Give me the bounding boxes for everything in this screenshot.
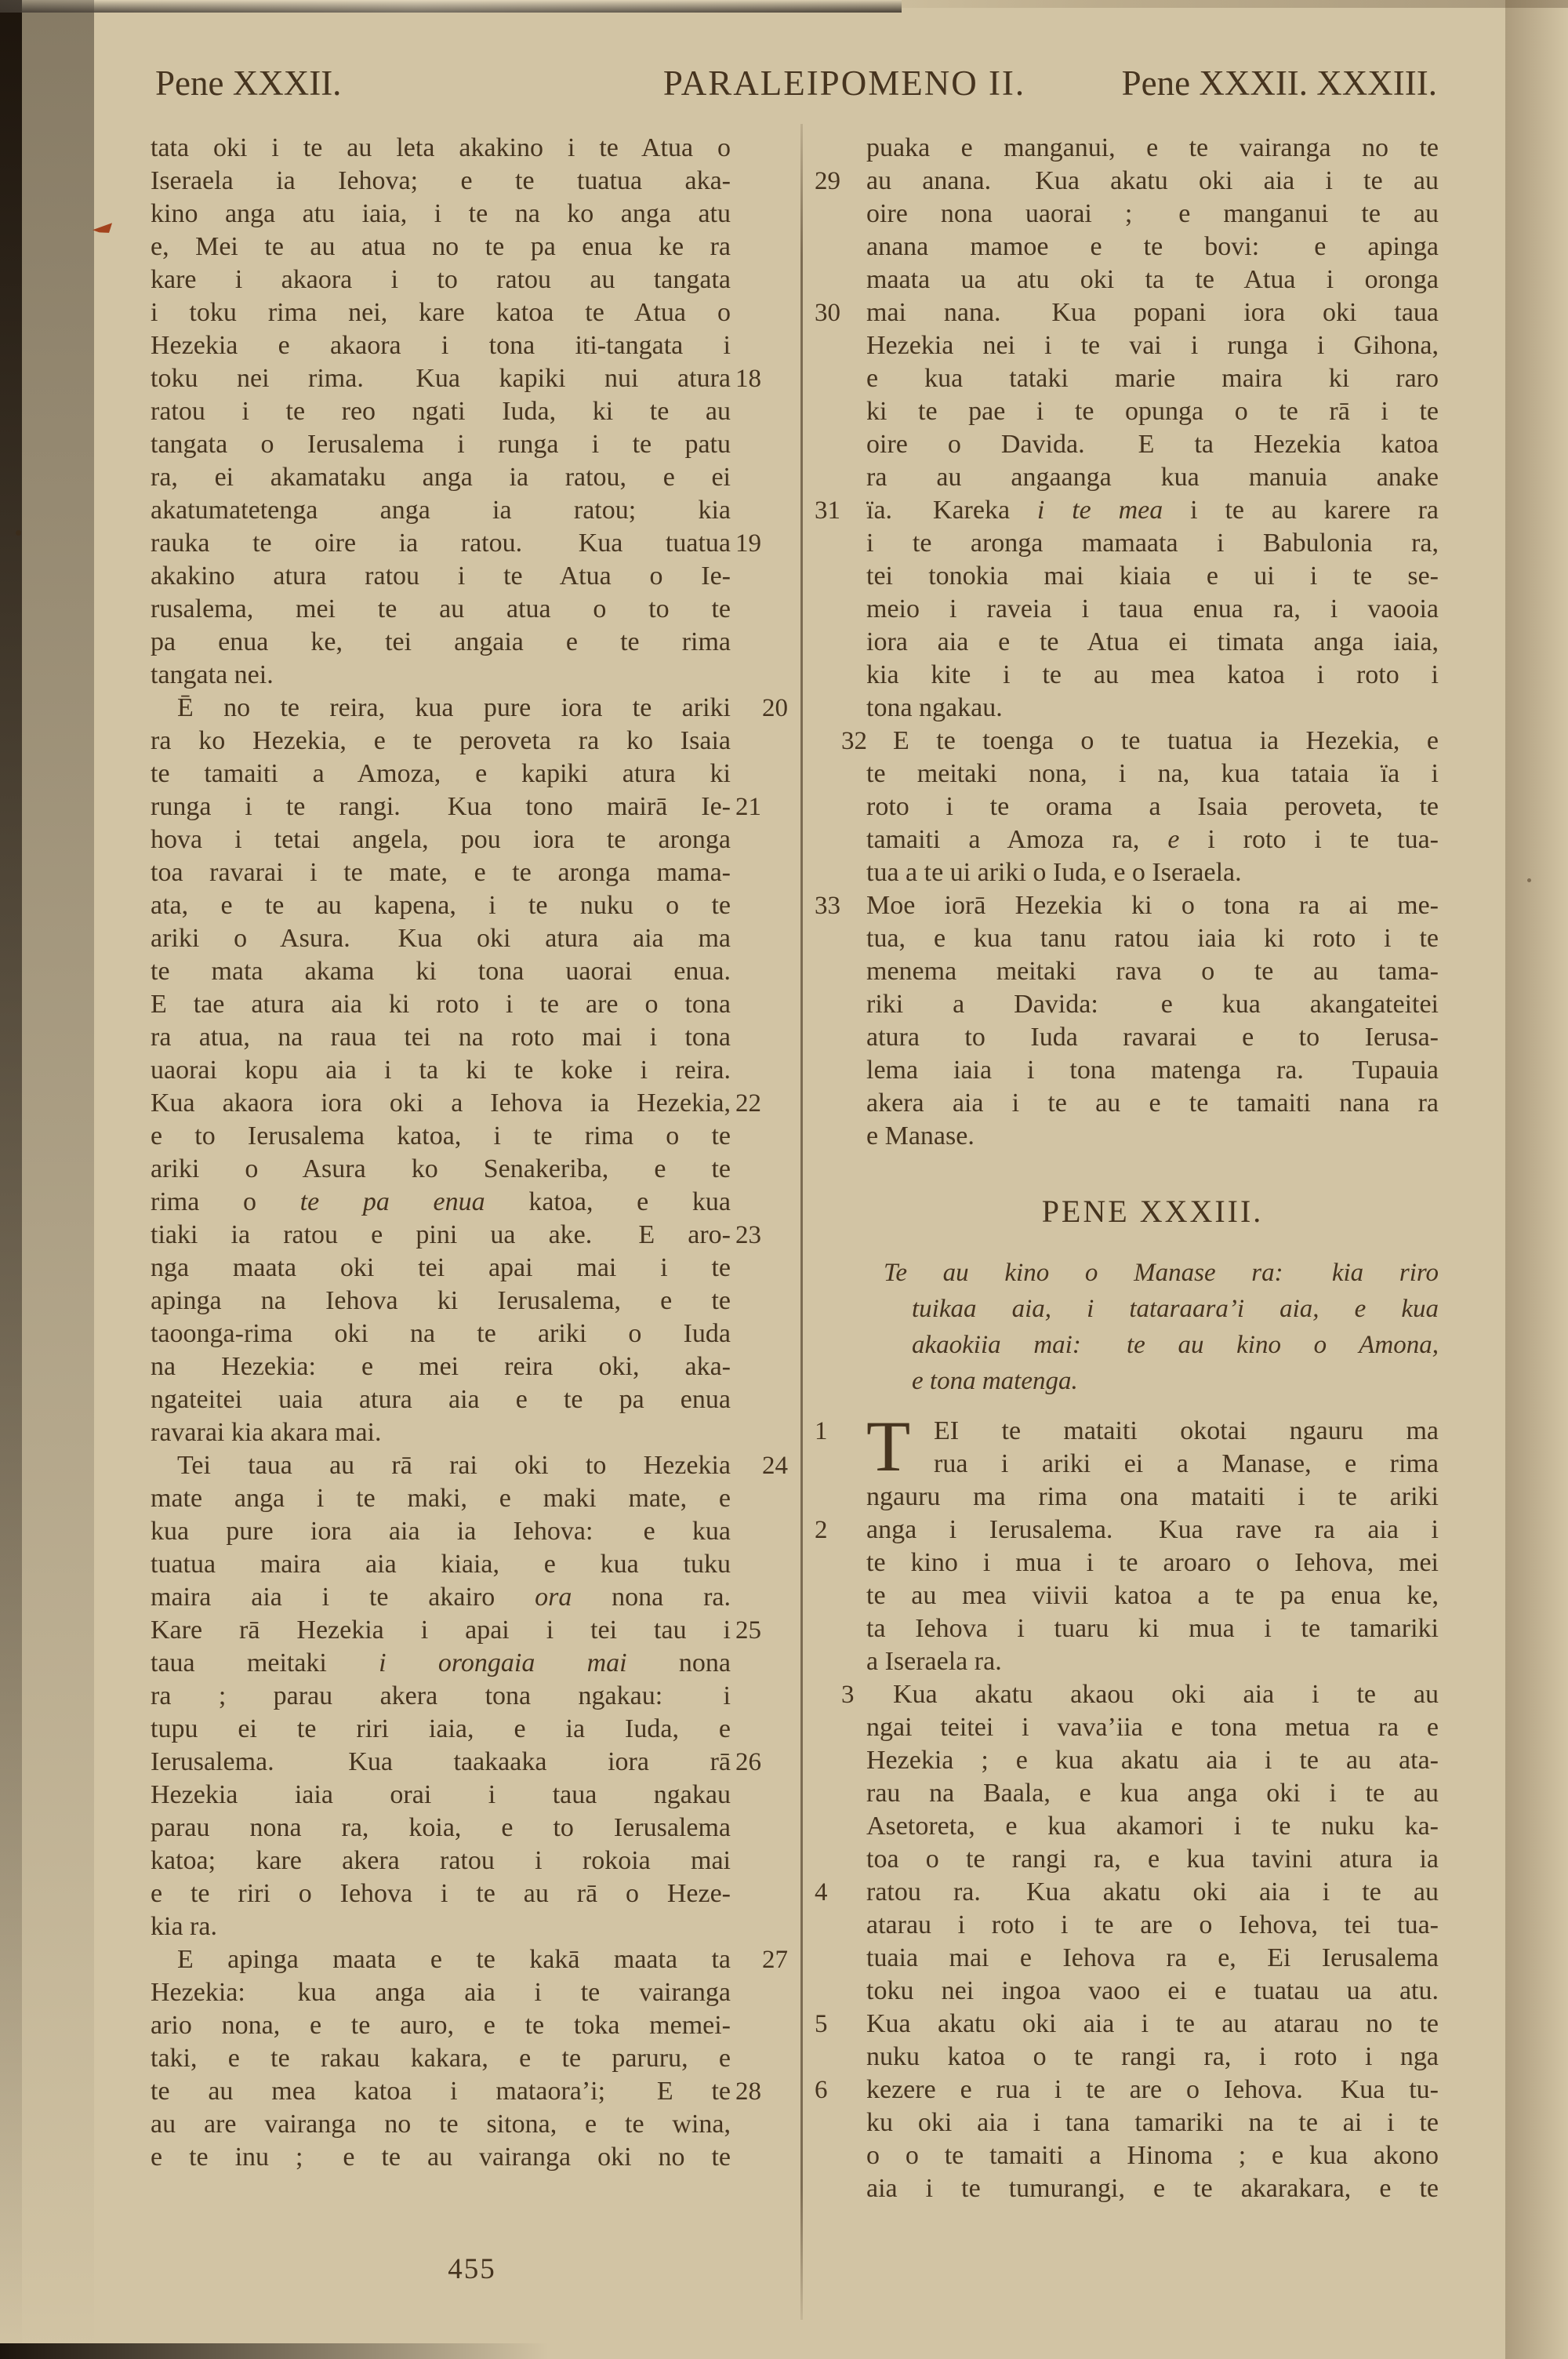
- text-line: Hezekia ; e kua akatu aia i te au ata-: [866, 1744, 1439, 1777]
- text-line: e kua tataki marie maira ki raro: [866, 362, 1439, 395]
- text-line: akatumatetenga anga ia ratou; kia: [151, 494, 731, 527]
- text-line: 31ïa. Kareka i te mea i te au karere ra: [866, 494, 1439, 527]
- spacer: [866, 1399, 1439, 1415]
- text-line: taki, e te rakau kakara, e te paruru, e: [151, 2042, 731, 2075]
- text-line: oire o Davida. E ta Hezekia katoa: [866, 428, 1439, 461]
- page-number: 455: [423, 2252, 521, 2286]
- text-line: e te riri o Iehova i te au rā o Heze-: [151, 1877, 731, 1910]
- text-line: ngateitei uaia atura aia e te pa enua: [151, 1383, 731, 1416]
- verse-number: 22: [735, 1087, 798, 1120]
- text-line: taoonga-rima oki na te ariki o Iuda: [151, 1318, 731, 1350]
- chapter-summary-line: akaokiia mai: te au kino o Amona,: [866, 1327, 1439, 1363]
- text-line: tua a te ui ariki o Iuda, e o Iseraela.: [866, 856, 1439, 889]
- text-line: e to Ierusalema katoa, i te rima o te: [151, 1120, 731, 1153]
- text-line: puaka e manganui, e te vairanga no te: [866, 132, 1439, 165]
- verse-number: 5: [815, 2008, 862, 2041]
- ink-speck: [16, 530, 21, 536]
- chapter-heading: PENE XXXIII.: [866, 1153, 1439, 1255]
- text-line: 5Kua akatu oki aia i te au atarau no te: [866, 2008, 1439, 2041]
- chapter-summary-line: Te au kino o Manase ra: kia riro: [866, 1255, 1439, 1291]
- text-line: Asetoreta, e kua akamori i te nuku ka-: [866, 1810, 1439, 1843]
- text-line: ngai teitei i vava’iia e tona metua ra e: [866, 1711, 1439, 1744]
- text-line: tei tonokia mai kiaia e ui i te se-: [866, 560, 1439, 593]
- text-line: i toku rima nei, kare katoa te Atua o: [151, 296, 731, 329]
- text-line: 32E te toenga o te tuatua ia Hezekia, e: [866, 725, 1439, 758]
- text-line: 28te au mea katoa i mataora’i; E te: [151, 2075, 731, 2108]
- text-line: 25Kare rā Hezekia i apai i tei tau i: [151, 1614, 731, 1647]
- column-divider: [800, 124, 803, 2320]
- text-line: ratou i te reo ngati Iuda, ki te au: [151, 395, 731, 428]
- text-line: mate anga i te maki, e maki mate, e: [151, 1482, 731, 1515]
- text-line: 33Moe iorā Hezekia ki o tona ra ai me-: [866, 889, 1439, 922]
- text-line: tuatua maira aia kiaia, e kua tuku: [151, 1548, 731, 1581]
- text-line: roto i te orama a Isaia peroveta, te: [866, 791, 1439, 823]
- text-line: hova i tetai angela, pou iora te aronga: [151, 823, 731, 856]
- text-line: 26Ierusalema. Kua taakaaka iora rā: [151, 1746, 731, 1779]
- text-line: kia kite i te au mea katoa i roto i: [866, 659, 1439, 692]
- text-line: ariki o Asura. Kua oki atura aia ma: [151, 922, 731, 955]
- text-line: 20Ē no te reira, kua pure iora te ariki: [151, 692, 731, 725]
- text-line: tuaia mai e Iehova ra e, Ei Ierusalema: [866, 1942, 1439, 1975]
- verse-number: 27: [735, 1943, 798, 1976]
- chapter-summary-line: tuikaa aia, i tataraara’i aia, e kua: [866, 1291, 1439, 1327]
- text-line: apinga na Iehova ki Ierusalema, e te: [151, 1285, 731, 1318]
- text-line: e te inu ; e te au vairanga oki no te: [151, 2141, 731, 2174]
- text-line: maira aia i te akairo ora nona ra.: [151, 1581, 731, 1614]
- chapter-summary-line: e tona matenga.: [866, 1363, 1439, 1399]
- text-line: tupu ei te riri iaia, e ia Iuda, e: [151, 1713, 731, 1746]
- text-line: Hezekia e akaora i tona iti-tangata i: [151, 329, 731, 362]
- text-line: akera aia i te au e te tamaiti nana ra: [866, 1087, 1439, 1120]
- text-line: tua, e kua tanu ratou iaia ki roto i te: [866, 922, 1439, 955]
- text-line: rima o te pa enua katoa, e kua: [151, 1186, 731, 1219]
- text-line: kia ra.: [151, 1910, 731, 1943]
- text-line: kare i akaora i to ratou au tangata: [151, 264, 731, 296]
- text-line: lema iaia i tona matenga ra. Tupauia: [866, 1054, 1439, 1087]
- verse-number: 2: [815, 1514, 862, 1547]
- text-line: te au mea viivii katoa a te pa enua ke,: [866, 1579, 1439, 1612]
- text-line: a Iseraela ra.: [866, 1645, 1439, 1678]
- text-line: te mata akama ki tona uaorai enua.: [151, 955, 731, 988]
- verse-number: 20: [735, 692, 798, 725]
- text-line: riki a Davida: e kua akangateitei: [866, 988, 1439, 1021]
- verse-number: 30: [815, 296, 862, 329]
- verse-number: 24: [735, 1449, 798, 1482]
- verse-number: 29: [815, 165, 862, 198]
- text-line: maata ua atu oki ta te Atua i oronga: [866, 264, 1439, 296]
- verse-number: 4: [815, 1876, 862, 1909]
- text-line: te kino i mua i te aroaro o Iehova, mei: [866, 1547, 1439, 1579]
- text-line: kino anga atu iaia, i te na ko anga atu: [151, 198, 731, 231]
- verse-number: 31: [815, 494, 862, 527]
- ink-speck: [1527, 878, 1531, 882]
- verse-number: 33: [815, 889, 862, 922]
- text-column-left: tata oki i te au leta akakino i te Atua …: [151, 132, 731, 2174]
- text-line: ki te pae i te opunga o te rā i te: [866, 395, 1439, 428]
- text-line: 22Kua akaora iora oki a Iehova ia Hezeki…: [151, 1087, 731, 1120]
- text-line: na Hezekia: e mei reira oki, aka-: [151, 1350, 731, 1383]
- text-line: tata oki i te au leta akakino i te Atua …: [151, 132, 731, 165]
- running-head-right: Pene XXXII. XXXIII.: [1122, 61, 1437, 105]
- text-line: tangata o Ierusalema i runga i te patu: [151, 428, 731, 461]
- text-line: atarau i roto i te are o Iehova, tei tua…: [866, 1909, 1439, 1942]
- text-line: 21runga i te rangi. Kua tono mairā Ie-: [151, 791, 731, 823]
- text-line: e, Mei te au atua no te pa enua ke ra: [151, 231, 731, 264]
- text-line: ravarai kia akara mai.: [151, 1416, 731, 1449]
- text-line: toku nei ingoa vaoo ei e tuatau ua atu.: [866, 1975, 1439, 2008]
- running-head-left: Pene XXXII.: [155, 61, 341, 105]
- text-line: parau nona ra, koia, e to Ierusalema: [151, 1812, 731, 1845]
- text-column-right: puaka e manganui, e te vairanga no te29a…: [866, 132, 1439, 2205]
- verse-number: 1: [815, 1415, 862, 1448]
- text-line: ra au angaanga kua manuia anake: [866, 461, 1439, 494]
- verse-number: 18: [735, 362, 798, 395]
- text-line: te tamaiti a Amoza, e kapiki atura ki: [151, 758, 731, 791]
- text-line: ngauru ma rima ona mataiti i te ariki: [866, 1481, 1439, 1514]
- text-line: Hezekia nei i te vai i runga i Gihona,: [866, 329, 1439, 362]
- text-line: ariki o Asura ko Senakeriba, e te: [151, 1153, 731, 1186]
- text-line: Hezekia: kua anga aia i te vairanga: [151, 1976, 731, 2009]
- text-line: ta Iehova i tuaru ki mua i te tamariki: [866, 1612, 1439, 1645]
- text-line: rua i ariki ei a Manase, e rima: [866, 1448, 1439, 1481]
- book-page-scan: Pene XXXII. PARALEIPOMENO II. Pene XXXII…: [0, 0, 1568, 2359]
- running-head-center: PARALEIPOMENO II.: [637, 61, 1052, 105]
- verse-number: 25: [735, 1614, 798, 1647]
- text-line: ata, e te au kapena, i te nuku o te: [151, 889, 731, 922]
- text-line: pa enua ke, tei angaia e te rima: [151, 626, 731, 659]
- text-line: 3Kua akatu akaou oki aia i te au: [866, 1678, 1439, 1711]
- text-line: e Manase.: [866, 1120, 1439, 1153]
- text-line: atura to Iuda ravarai e to Ierusa-: [866, 1021, 1439, 1054]
- verse-number: 28: [735, 2075, 798, 2108]
- text-line: uaorai kopu aia i ta ki te koke i reira.: [151, 1054, 731, 1087]
- text-line: 4ratou ra. Kua akatu oki aia i te au: [866, 1876, 1439, 1909]
- text-line: tona ngakau.: [866, 692, 1439, 725]
- verse-number: 21: [735, 791, 798, 823]
- text-line: 19rauka te oire ia ratou. Kua tuatua: [151, 527, 731, 560]
- verse-number: 32: [815, 725, 862, 758]
- text-line: 30mai nana. Kua popani iora oki taua: [866, 296, 1439, 329]
- text-line: ra ko Hezekia, e te peroveta ra ko Isaia: [151, 725, 731, 758]
- verse-number: 6: [815, 2074, 862, 2106]
- text-line: rusalema, mei te au atua o to te: [151, 593, 731, 626]
- text-line: Hezekia iaia orai i taua ngakau: [151, 1779, 731, 1812]
- text-line: te meitaki nona, i na, kua tataia ïa i: [866, 758, 1439, 791]
- text-line: 24Tei taua au rā rai oki to Hezekia: [151, 1449, 731, 1482]
- text-line: ra ; parau akera tona ngakau: i: [151, 1680, 731, 1713]
- text-line: 1TEI te mataiti okotai ngauru ma: [866, 1415, 1439, 1448]
- verse-number: 19: [735, 527, 798, 560]
- text-line: oire nona uaorai ; e manganui te au: [866, 198, 1439, 231]
- text-line: 27E apinga maata e te kakā maata ta: [151, 1943, 731, 1976]
- text-line: 2anga i Ierusalema. Kua rave ra aia i: [866, 1514, 1439, 1547]
- text-line: o o te tamaiti a Hinoma ; e kua akono: [866, 2139, 1439, 2172]
- text-line: tangata nei.: [151, 659, 731, 692]
- text-line: akakino atura ratou i te Atua o Ie-: [151, 560, 731, 593]
- text-line: kua pure iora aia ia Iehova: e kua: [151, 1515, 731, 1548]
- text-line: 23tiaki ia ratou e pini ua ake. E aro-: [151, 1219, 731, 1252]
- text-line: anana mamoe e te bovi: e apinga: [866, 231, 1439, 264]
- text-line: 29au anana. Kua akatu oki aia i te au: [866, 165, 1439, 198]
- text-line: menema meitaki rava o te au tama-: [866, 955, 1439, 988]
- verse-number: 3: [815, 1678, 862, 1711]
- text-line: rau na Baala, e kua anga oki i te au: [866, 1777, 1439, 1810]
- text-line: aia i te tumurangi, e te akarakara, e te: [866, 2172, 1439, 2205]
- text-line: iora aia e te Atua ei timata anga iaia,: [866, 626, 1439, 659]
- text-line: au are vairanga no te sitona, e te wina,: [151, 2108, 731, 2141]
- text-line: taua meitaki i orongaia mai nona: [151, 1647, 731, 1680]
- verse-number: 23: [735, 1219, 798, 1252]
- text-line: ra, ei akamataku anga ia ratou, e ei: [151, 461, 731, 494]
- text-line: nga maata oki tei apai mai i te: [151, 1252, 731, 1285]
- text-line: katoa; kare akera ratou i rokoia mai: [151, 1845, 731, 1877]
- text-line: nuku katoa o te rangi ra, i roto i nga: [866, 2041, 1439, 2074]
- text-line: tamaiti a Amoza ra, e i roto i te tua-: [866, 823, 1439, 856]
- text-line: meio i raveia i taua enua ra, i vaooia: [866, 593, 1439, 626]
- text-line: i te aronga mamaata i Babulonia ra,: [866, 527, 1439, 560]
- text-line: ku oki aia i tana tamariki na te ai i te: [866, 2106, 1439, 2139]
- text-line: ario nona, e te auro, e te toka memei-: [151, 2009, 731, 2042]
- verse-number: 26: [735, 1746, 798, 1779]
- text-line: 6kezere e rua i te are o Iehova. Kua tu-: [866, 2074, 1439, 2106]
- text-line: E tae atura aia ki roto i te are o tona: [151, 988, 731, 1021]
- text-line: Iseraela ia Iehova; e te tuatua aka-: [151, 165, 731, 198]
- text-line: 18toku nei rima. Kua kapiki nui atura: [151, 362, 731, 395]
- text-line: toa ravarai i te mate, e te aronga mama-: [151, 856, 731, 889]
- text-line: ra atua, na raua tei na roto mai i tona: [151, 1021, 731, 1054]
- text-line: toa o te rangi ra, e kua tavini atura ia: [866, 1843, 1439, 1876]
